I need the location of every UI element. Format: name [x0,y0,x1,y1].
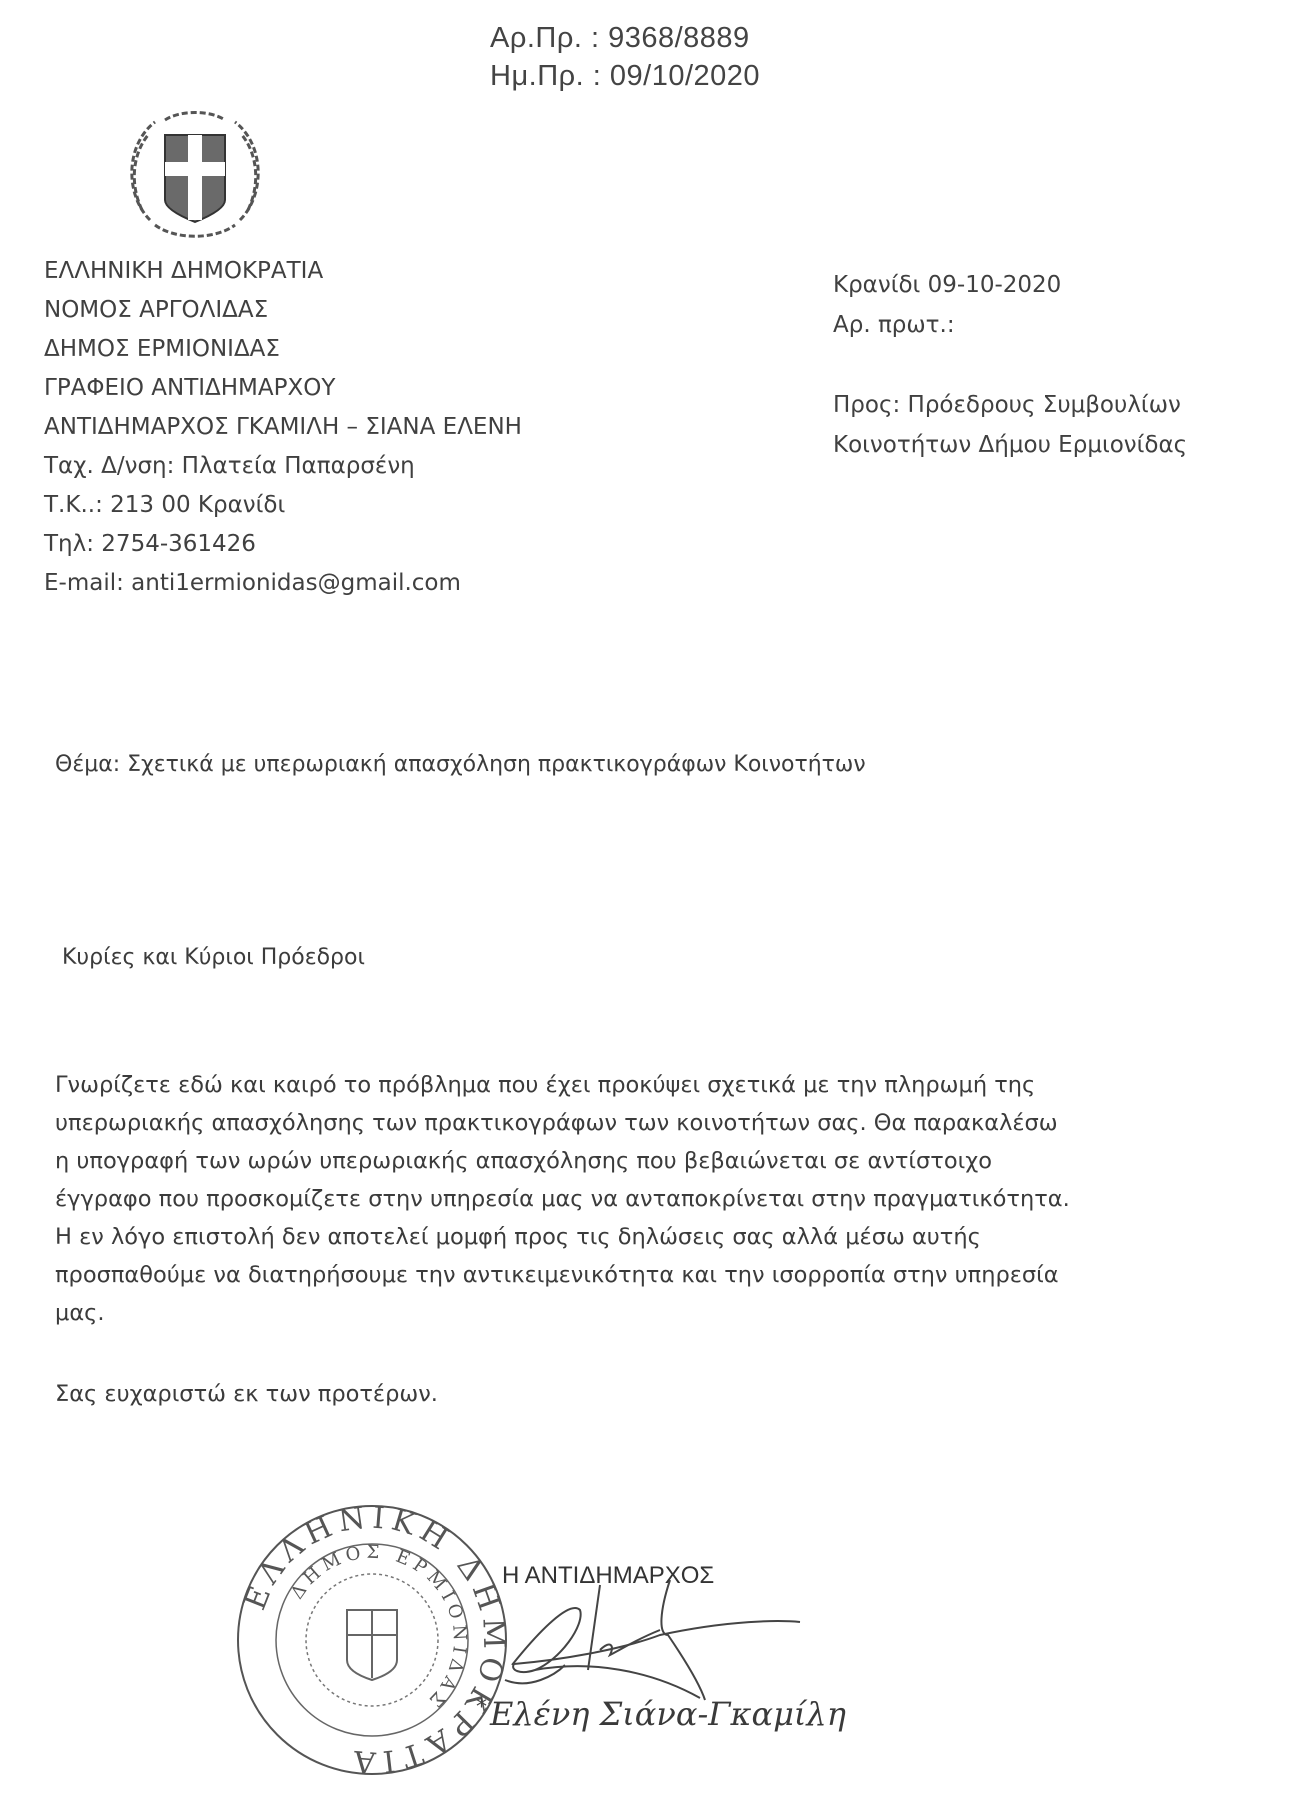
sender-block: ΕΛΛΗΝΙΚΗ ΔΗΜΟΚΡΑΤΙΑ ΝΟΜΟΣ ΑΡΓΟΛΙΔΑΣ ΔΗΜΟ… [44,252,522,603]
recipient-line-1: Προς: Πρόεδρους Συμβουλίων [833,392,1181,418]
protocol-label: Αρ. πρωτ.: [833,312,955,338]
sender-line: Τηλ: 2754-361426 [44,525,522,564]
sender-line: ΕΛΛΗΝΙΚΗ ΔΗΜΟΚΡΑΤΙΑ [44,252,522,291]
subject-line: Θέμα: Σχετικά με υπερωριακή απασχόληση π… [55,752,866,777]
svg-text:ΔΗΜΟΣ ΕΡΜΙΟΝΙΔΑΣ: ΔΗΜΟΣ ΕΡΜΙΟΝΙΔΑΣ [287,1542,471,1715]
salutation: Κυρίες και Κύριοι Πρόεδροι [62,945,365,970]
protocol-date: Ημ.Πρ. : 09/10/2020 [490,60,760,93]
asterisk-mark: * [476,1695,487,1720]
body-line: μας. [55,1294,1070,1332]
signatory-name: Ελένη Σιάνα-Γκαμίλη [490,1695,846,1733]
body-line: έγγραφο που προσκομίζετε στην υπηρεσία μ… [55,1180,1070,1218]
sender-line: Τ.Κ..: 213 00 Κρανίδι [44,486,522,525]
sender-line: ΓΡΑΦΕΙΟ ΑΝΤΙΔΗΜΑΡΧΟΥ [44,369,522,408]
sender-line: ΝΟΜΟΣ ΑΡΓΟΛΙΔΑΣ [44,291,522,330]
body-line: υπερωριακής απασχόλησης των πρακτικογράφ… [55,1104,1070,1142]
body-line: η υπογραφή των ωρών υπερωριακής απασχόλη… [55,1142,1070,1180]
sender-line: ΑΝΤΙΔΗΜΑΡΧΟΣ ΓΚΑΜΙΛΗ – ΣΙΑΝΑ ΕΛΕΝΗ [44,408,522,447]
recipient-line-2: Κοινοτήτων Δήμου Ερμιονίδας [833,432,1187,458]
protocol-number: Αρ.Πρ. : 9368/8889 [490,22,750,55]
closing-line: Σας ευχαριστώ εκ των προτέρων. [55,1375,438,1413]
place-date: Κρανίδι 09-10-2020 [833,272,1061,298]
sender-line: ΔΗΜΟΣ ΕΡΜΙΟΝΙΔΑΣ [44,330,522,369]
body-line: Γνωρίζετε εδώ και καιρό το πρόβλημα που … [55,1066,1070,1104]
sender-email: E-mail: anti1ermionidas@gmail.com [44,564,522,603]
municipal-stamp-icon: ΕΛΛΗΝΙΚΗ ΔΗΜΟΚΡΑΤΙΑ ΔΗΜΟΣ ΕΡΜΙΟΝΙΔΑΣ [232,1500,512,1780]
sender-line: Ταχ. Δ/νση: Πλατεία Παπαρσένη [44,447,522,486]
letter-body: Γνωρίζετε εδώ και καιρό το πρόβλημα που … [55,1066,1070,1332]
body-line: προσπαθούμε να διατηρήσουμε την αντικειμ… [55,1256,1070,1294]
greek-coat-of-arms-icon [120,100,270,250]
body-line: Η εν λόγο επιστολή δεν αποτελεί μομφή πρ… [55,1218,1070,1256]
